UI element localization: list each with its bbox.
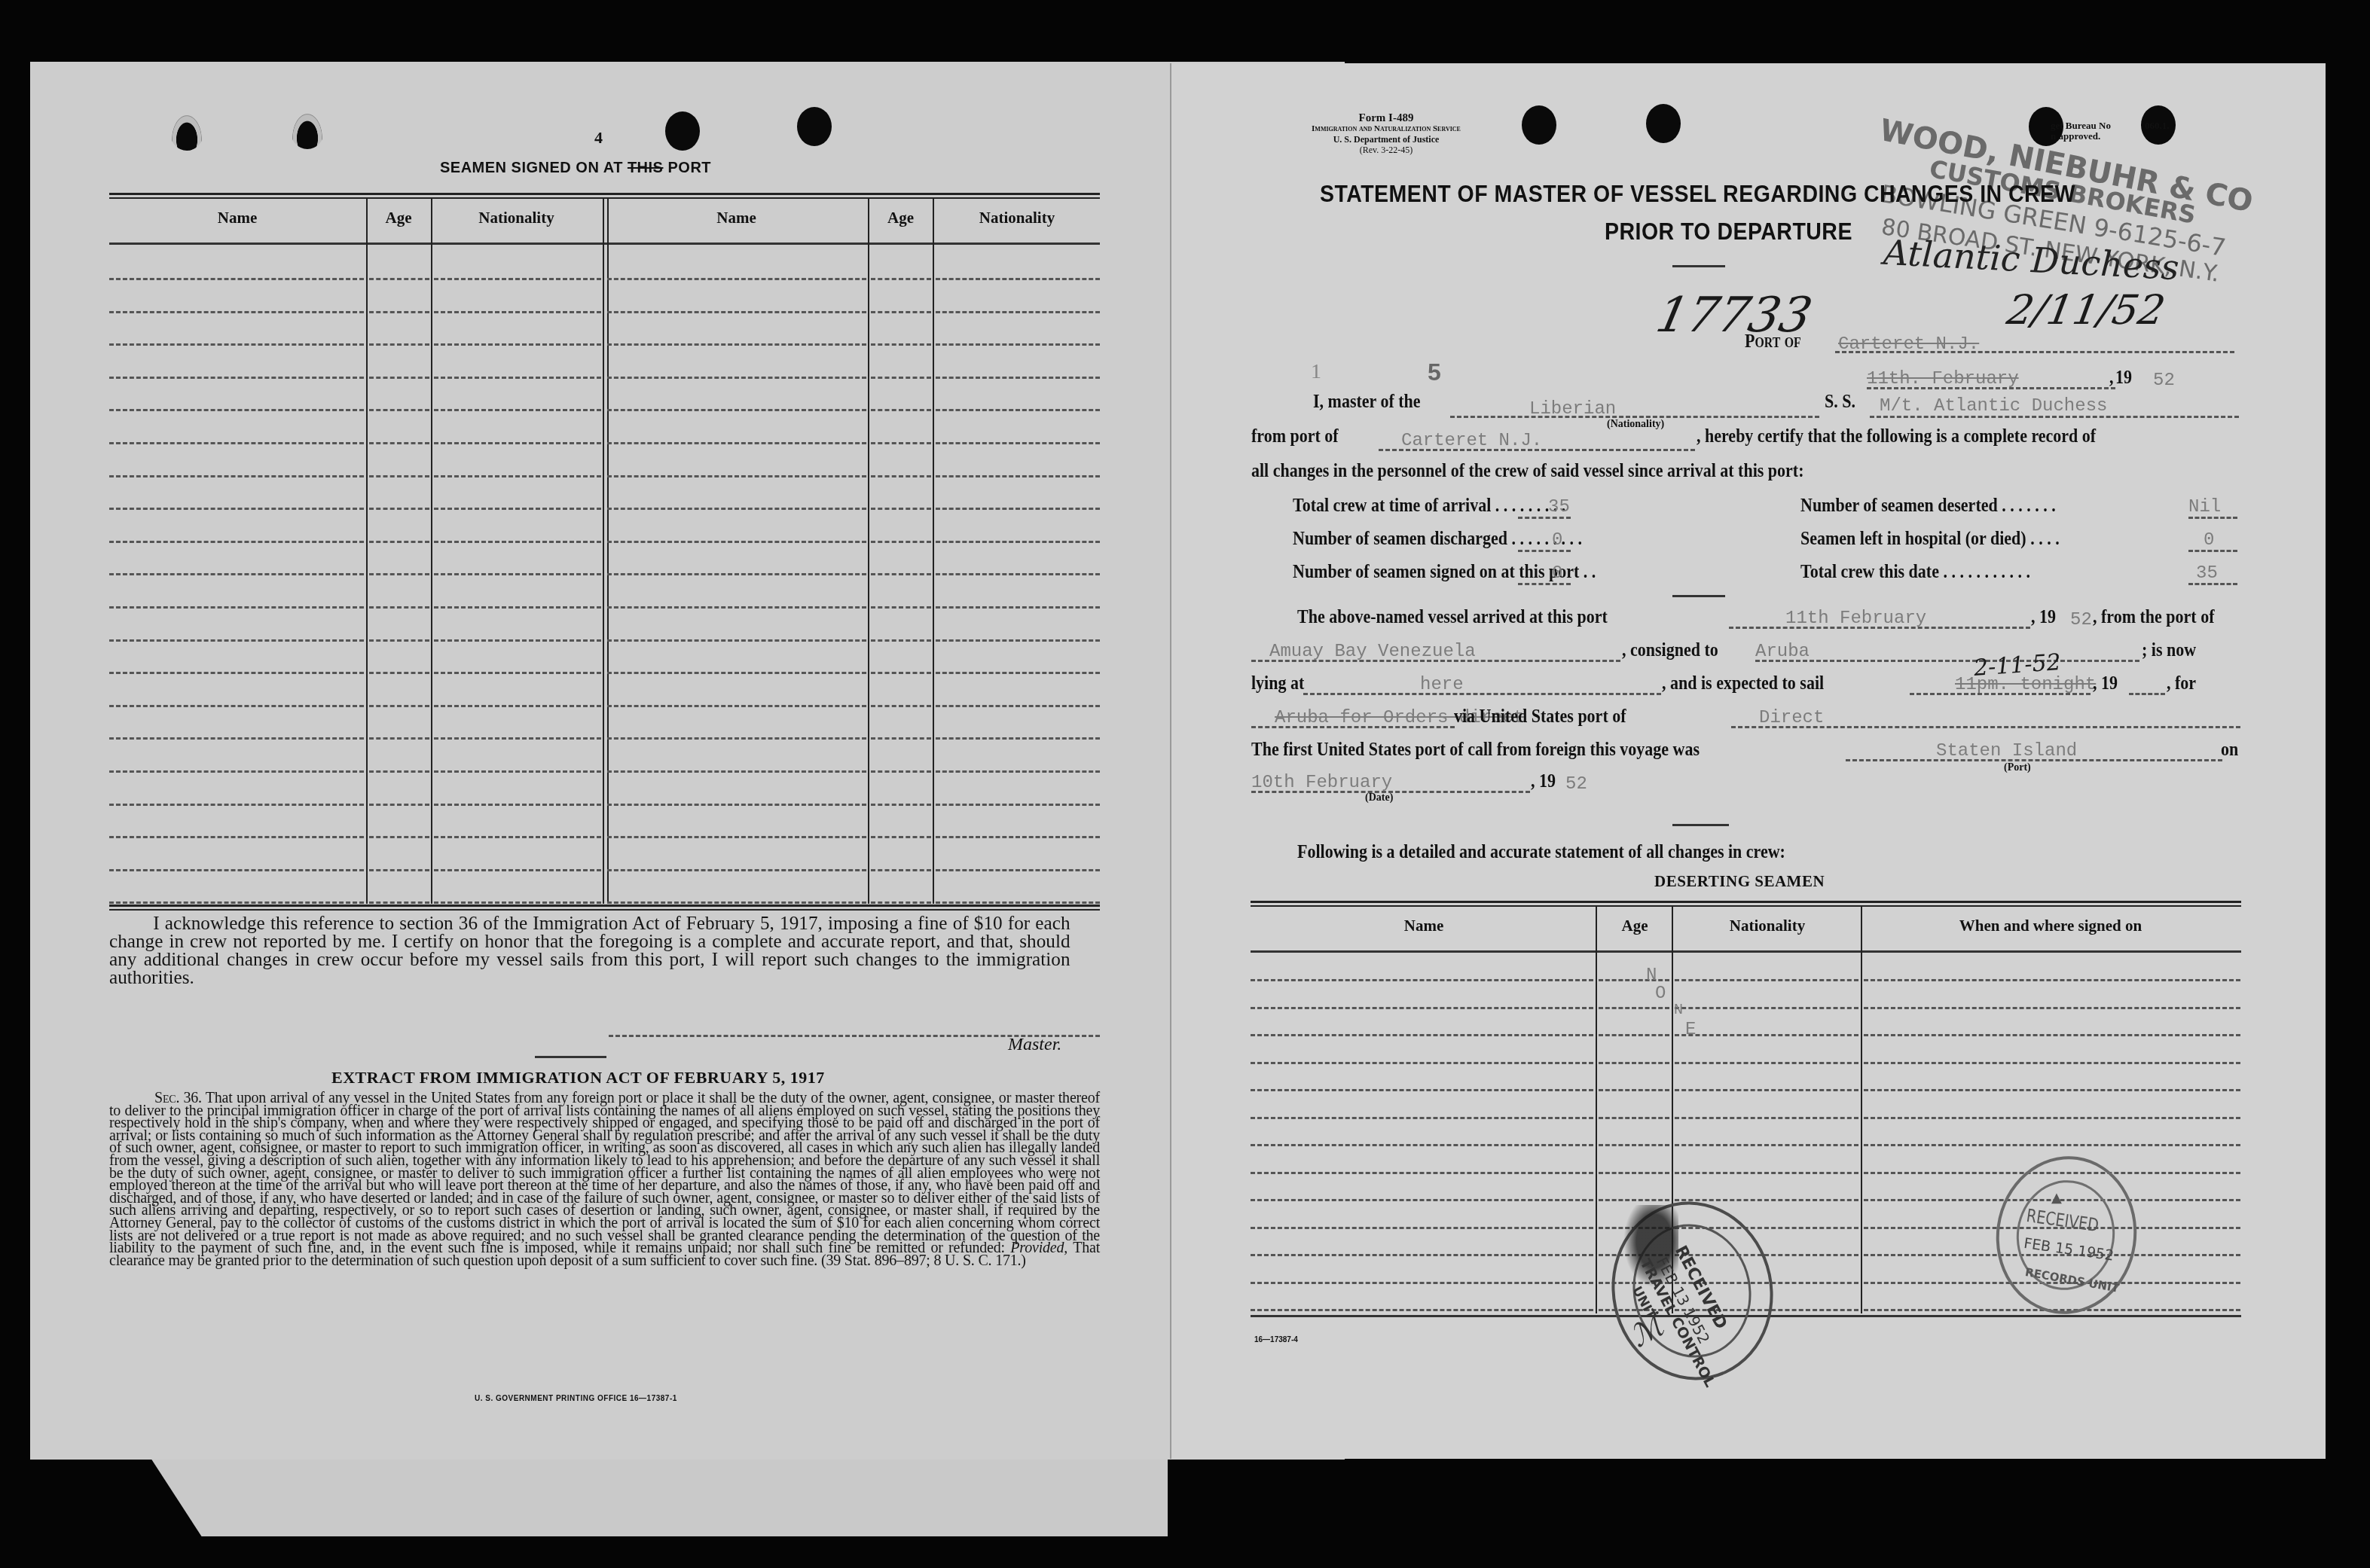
deserting-row-line[interactable] xyxy=(1675,1199,1858,1201)
table-row-line[interactable] xyxy=(936,705,1100,707)
table-row-line[interactable] xyxy=(109,541,364,543)
table-row-line[interactable] xyxy=(109,409,364,411)
table-row-line[interactable] xyxy=(871,442,931,444)
handwritten-five: 5 xyxy=(1428,358,1441,386)
seamen-signed-on-title: SEAMEN SIGNED ON AT THIS PORT xyxy=(440,160,711,177)
table-row-line[interactable] xyxy=(936,901,1100,904)
table-row-line[interactable] xyxy=(871,737,931,740)
table-row-line[interactable] xyxy=(369,705,429,707)
table-row-line[interactable] xyxy=(434,311,601,313)
deserting-row-line[interactable] xyxy=(1675,1117,1858,1119)
arrived-year[interactable]: 52 xyxy=(2070,610,2092,630)
deserting-row-line[interactable] xyxy=(1599,1034,1669,1036)
col-header-name: Name xyxy=(109,209,365,227)
table-row-line[interactable] xyxy=(434,508,601,510)
vessel-name[interactable]: M/t. Atlantic Duchess xyxy=(1880,396,2107,416)
table-row-line[interactable] xyxy=(109,639,364,642)
table-row-line[interactable] xyxy=(109,475,364,477)
arrived-date[interactable]: 11th February xyxy=(1785,609,1926,629)
certify-text-2: all changes in the personnel of the crew… xyxy=(1251,461,1803,482)
stat-label: Total crew this date . . . . . . . . . .… xyxy=(1800,562,2030,583)
table-row-line[interactable] xyxy=(434,804,601,806)
table-row-line[interactable] xyxy=(369,606,429,609)
table-row-line[interactable] xyxy=(109,278,364,280)
deserting-row-line[interactable] xyxy=(1251,1034,1593,1036)
table-row-line[interactable] xyxy=(109,343,364,346)
lying-value[interactable]: here xyxy=(1420,675,1464,695)
deserting-col-name: Name xyxy=(1251,917,1597,935)
from-port-label: from port of xyxy=(1251,426,1339,447)
deserting-title: DESERTING SEAMEN xyxy=(1654,872,1825,891)
date-year-prefix: 19 xyxy=(2115,368,2132,389)
col-divider-double xyxy=(603,197,609,904)
first-port-label: The first United States port of call fro… xyxy=(1251,740,1700,761)
table-row-line[interactable] xyxy=(607,737,866,740)
acknowledgment-body: I acknowledge this reference to section … xyxy=(109,914,1070,987)
none-letter-o: O xyxy=(1655,984,1666,1004)
deserting-row-line[interactable] xyxy=(1251,1309,1593,1311)
table-row-line[interactable] xyxy=(871,672,931,674)
deserting-row-line[interactable] xyxy=(1251,979,1593,981)
table-row-line[interactable] xyxy=(871,475,931,477)
table-row-line[interactable] xyxy=(607,705,866,707)
table-row-line[interactable] xyxy=(369,737,429,740)
sail-value[interactable]: 11pm. tonight xyxy=(1955,675,2096,695)
col-header-name-2: Name xyxy=(606,209,866,227)
extract-title: EXTRACT FROM IMMIGRATION ACT OF FEBRUARY… xyxy=(331,1068,825,1088)
table-row-line[interactable] xyxy=(109,606,364,609)
deserting-row-line[interactable] xyxy=(1599,1007,1669,1009)
table-row-line[interactable] xyxy=(369,869,429,871)
table-row-line[interactable] xyxy=(607,343,866,346)
stat-label: Number of seamen signed on at this port … xyxy=(1293,562,1596,583)
table-row-line[interactable] xyxy=(369,804,429,806)
table-row-line[interactable] xyxy=(369,770,429,773)
table-row-line[interactable] xyxy=(871,705,931,707)
certify-text: , hereby certify that the following is a… xyxy=(1697,426,2096,447)
deserting-row-line[interactable] xyxy=(1599,1117,1669,1119)
deserting-row-line[interactable] xyxy=(1599,979,1669,981)
table-row-line[interactable] xyxy=(936,606,1100,609)
date-caption: (Date) xyxy=(1365,792,1393,804)
table-row-line[interactable] xyxy=(936,573,1100,575)
acknowledgment-text: I acknowledge this reference to section … xyxy=(109,914,1070,987)
from-port-of-label: , from the port of xyxy=(2093,607,2215,628)
table-row-line[interactable] xyxy=(434,737,601,740)
form-department: U. S. Department of Justice xyxy=(1251,134,1522,145)
deserting-row-line[interactable] xyxy=(1864,1034,2240,1036)
approval-text: n approved. xyxy=(2051,130,2100,142)
following-text: Following is a detailed and accurate sta… xyxy=(1297,842,1785,863)
handwritten-mark: 1 xyxy=(1311,360,1321,384)
col-divider xyxy=(933,197,934,904)
punch-hole xyxy=(1522,105,1556,145)
table-row-line[interactable] xyxy=(109,672,364,674)
table-row-line[interactable] xyxy=(369,475,429,477)
table-row-line[interactable] xyxy=(607,311,866,313)
col-divider xyxy=(366,197,368,904)
master-of-label: I, master of the xyxy=(1313,392,1421,413)
table-row-line[interactable] xyxy=(936,541,1100,543)
table-row-line[interactable] xyxy=(607,606,866,609)
table-row-line[interactable] xyxy=(871,278,931,280)
table-row-line[interactable] xyxy=(369,442,429,444)
deserting-header-rule xyxy=(1251,950,2241,953)
stat-label: Total crew at time of arrival . . . . . … xyxy=(1293,496,1565,517)
form-subtitle: PRIOR TO DEPARTURE xyxy=(1605,218,1852,246)
stat-value[interactable]: 0 xyxy=(1552,563,1562,584)
deserting-row-line[interactable] xyxy=(1599,1144,1669,1146)
sail-year-label: , 19 xyxy=(2093,673,2118,694)
table-row-line[interactable] xyxy=(434,573,601,575)
table-row-line[interactable] xyxy=(607,377,866,379)
table-row-line[interactable] xyxy=(369,541,429,543)
date-line xyxy=(1867,387,2115,389)
consignee[interactable]: Aruba xyxy=(1755,642,1810,662)
col-header-nationality-2: Nationality xyxy=(934,209,1100,227)
table-row-line[interactable] xyxy=(434,278,601,280)
table-row-line[interactable] xyxy=(936,804,1100,806)
consigned-label: , consigned to xyxy=(1622,640,1718,661)
budget-bureau: get Bureau No060.1. n approved. xyxy=(2051,120,2169,142)
stat-value[interactable]: Nil xyxy=(2188,497,2221,517)
printer-line-left: U. S. GOVERNMENT PRINTING OFFICE 16—1738… xyxy=(475,1395,677,1403)
form-number: Form I-489 xyxy=(1251,113,1522,124)
table-row-line[interactable] xyxy=(109,737,364,740)
deserting-row-line[interactable] xyxy=(1251,1282,1593,1284)
budget-bureau-suffix: 060.1. xyxy=(2145,120,2170,131)
deserting-row-line[interactable] xyxy=(1675,1089,1858,1091)
on-label: on xyxy=(2221,740,2238,761)
table-row-line[interactable] xyxy=(936,672,1100,674)
port-of-value[interactable]: Carteret N.J. xyxy=(1838,334,1979,355)
table-row-line[interactable] xyxy=(434,705,601,707)
table-row-line[interactable] xyxy=(434,541,601,543)
col-divider xyxy=(868,197,869,904)
deserting-row-line[interactable] xyxy=(1251,1254,1593,1256)
deserting-col-age: Age xyxy=(1597,917,1672,935)
stat-value[interactable]: 0 xyxy=(1552,530,1562,551)
first-port-date[interactable]: 10th February xyxy=(1251,773,1392,793)
nationality-value[interactable]: Liberian xyxy=(1529,399,1616,419)
table-row-line[interactable] xyxy=(369,311,429,313)
table-row-line[interactable] xyxy=(369,278,429,280)
separator-rule xyxy=(1672,595,1725,597)
table-row-line[interactable] xyxy=(434,377,601,379)
deserting-row-line[interactable] xyxy=(1251,1172,1593,1174)
page-number: 4 xyxy=(594,128,603,148)
table-row-line[interactable] xyxy=(871,573,931,575)
printer-line-right: 16—17387-4 xyxy=(1254,1336,1298,1344)
stat-value[interactable]: 35 xyxy=(2196,563,2218,584)
table-row-line[interactable] xyxy=(369,409,429,411)
deserting-col-nationality: Nationality xyxy=(1674,917,1861,935)
table-row-line[interactable] xyxy=(871,606,931,609)
col-header-nationality: Nationality xyxy=(432,209,601,227)
table-row-line[interactable] xyxy=(109,705,364,707)
table-bottom-rule xyxy=(109,904,1100,911)
table-row-line[interactable] xyxy=(109,377,364,379)
col-divider xyxy=(1596,907,1597,1313)
table-row-line[interactable] xyxy=(871,869,931,871)
consignee-line xyxy=(1755,660,2139,662)
table-row-line[interactable] xyxy=(369,639,429,642)
punch-hole xyxy=(290,110,325,149)
deserting-row-line[interactable] xyxy=(1675,1034,1858,1036)
table-row-line[interactable] xyxy=(369,343,429,346)
deserting-row-line[interactable] xyxy=(1599,1089,1669,1091)
table-row-line[interactable] xyxy=(871,804,931,806)
stat-value[interactable]: 35 xyxy=(1548,497,1570,517)
sail-year-line xyxy=(2129,693,2165,695)
table-row-line[interactable] xyxy=(607,901,866,904)
table-row-line[interactable] xyxy=(936,377,1100,379)
deserting-row-line[interactable] xyxy=(1864,1117,2240,1119)
table-row-line[interactable] xyxy=(109,869,364,871)
table-row-line[interactable] xyxy=(936,508,1100,510)
deserting-row-line[interactable] xyxy=(1251,1089,1593,1091)
table-row-line[interactable] xyxy=(871,311,931,313)
table-row-line[interactable] xyxy=(434,442,601,444)
table-row-line[interactable] xyxy=(607,672,866,674)
table-row-line[interactable] xyxy=(109,836,364,838)
stat-line xyxy=(1518,550,1571,552)
deserting-row-line[interactable] xyxy=(1864,1007,2240,1009)
table-row-line[interactable] xyxy=(607,442,866,444)
table-row-line[interactable] xyxy=(871,901,931,904)
stat-label: Number of seamen deserted . . . . . . . xyxy=(1800,496,2056,517)
deserting-row-line[interactable] xyxy=(1675,1144,1858,1146)
punch-hole xyxy=(797,107,832,146)
form-title: STATEMENT OF MASTER OF VESSEL REGARDING … xyxy=(1320,181,2075,208)
deserting-top-rule xyxy=(1251,901,2241,907)
table-row-line[interactable] xyxy=(936,836,1100,838)
from-port-value[interactable]: Carteret N.J. xyxy=(1401,431,1542,451)
table-row-line[interactable] xyxy=(109,442,364,444)
table-row-line[interactable] xyxy=(936,311,1100,313)
table-row-line[interactable] xyxy=(871,836,931,838)
deserting-row-line[interactable] xyxy=(1599,1172,1669,1174)
deserting-col-signed-on: When and where signed on xyxy=(1862,917,2239,935)
table-row-line[interactable] xyxy=(434,606,601,609)
title-part: SEAMEN SIGNED ON AT xyxy=(440,160,628,176)
comma: , xyxy=(2109,368,2114,389)
deserting-row-line[interactable] xyxy=(1251,1144,1593,1146)
deserting-row-line[interactable] xyxy=(1675,1172,1858,1174)
is-now-label: ; is now xyxy=(2142,640,2196,661)
lying-label: lying at xyxy=(1251,673,1304,694)
date-year-value[interactable]: 52 xyxy=(2153,371,2175,391)
table-row-line[interactable] xyxy=(109,573,364,575)
table-row-line[interactable] xyxy=(871,639,931,642)
table-row-line[interactable] xyxy=(936,639,1100,642)
date-value[interactable]: 11th. February xyxy=(1867,369,2019,389)
table-row-line[interactable] xyxy=(936,869,1100,871)
nationality-caption: (Nationality) xyxy=(1607,419,1664,431)
table-row-line[interactable] xyxy=(109,804,364,806)
deserting-row-line[interactable] xyxy=(1251,1117,1593,1119)
table-row-line[interactable] xyxy=(871,377,931,379)
first-port-value[interactable]: Staten Island xyxy=(1936,741,2077,761)
stamp-arrow-icon: ▲ xyxy=(2051,1190,2062,1206)
table-row-line[interactable] xyxy=(936,442,1100,444)
table-row-line[interactable] xyxy=(434,639,601,642)
from-port-line xyxy=(1379,449,1695,451)
expected-label: , and is expected to sail xyxy=(1662,673,1824,694)
col-header-age-2: Age xyxy=(869,209,933,227)
table-row-line[interactable] xyxy=(607,573,866,575)
table-row-line[interactable] xyxy=(936,475,1100,477)
stat-label: Number of seamen discharged . . . . . . … xyxy=(1293,529,1582,550)
form-header: Form I-489 Immigration and Naturalizatio… xyxy=(1251,113,1522,155)
port-of-label: Port of xyxy=(1745,331,1801,352)
extract-body-1: That upon arrival of any vessel in the U… xyxy=(109,1090,1100,1256)
none-letter-e: E xyxy=(1685,1020,1696,1040)
title-part: PORT xyxy=(663,160,711,176)
col-header-age: Age xyxy=(368,209,429,227)
deserting-row-line[interactable] xyxy=(1864,979,2240,981)
table-row-line[interactable] xyxy=(936,343,1100,346)
table-row-line[interactable] xyxy=(607,475,866,477)
table-row-line[interactable] xyxy=(369,672,429,674)
handwritten-date: 2/11/52 xyxy=(2003,286,2168,334)
budget-bureau-text: get Bureau No xyxy=(2051,120,2111,131)
via-label: via United States port of xyxy=(1454,706,1626,728)
table-row-line[interactable] xyxy=(109,770,364,773)
form-agency: Immigration and Naturalization Service xyxy=(1251,124,1522,134)
for-label: , for xyxy=(2167,673,2196,694)
table-row-line[interactable] xyxy=(434,869,601,871)
table-row-line[interactable] xyxy=(434,836,601,838)
arrived-label: The above-named vessel arrived at this p… xyxy=(1297,607,1608,628)
separator-rule xyxy=(535,1056,606,1058)
year-prefix: 19 xyxy=(2115,368,2132,388)
table-row-line[interactable] xyxy=(369,573,429,575)
deserting-row-line[interactable] xyxy=(1864,1062,2240,1064)
table-row-line[interactable] xyxy=(936,770,1100,773)
back-sheet-edge xyxy=(151,1458,1168,1536)
table-row-line[interactable] xyxy=(369,377,429,379)
table-row-line[interactable] xyxy=(607,836,866,838)
separator-rule xyxy=(1672,824,1729,826)
deserting-row-line[interactable] xyxy=(1251,1062,1593,1064)
table-row-line[interactable] xyxy=(369,508,429,510)
table-row-line[interactable] xyxy=(607,409,866,411)
port-caption: (Port) xyxy=(2004,762,2031,774)
stat-label: Seamen left in hospital (or died) . . . … xyxy=(1800,529,2060,550)
title-strike: THIS xyxy=(628,160,664,176)
table-row-line[interactable] xyxy=(871,508,931,510)
table-row-line[interactable] xyxy=(434,770,601,773)
table-row-line[interactable] xyxy=(607,278,866,280)
deserting-row-line[interactable] xyxy=(1675,1062,1858,1064)
table-row-line[interactable] xyxy=(109,901,364,904)
table-row-line[interactable] xyxy=(936,409,1100,411)
deserting-row-line[interactable] xyxy=(1864,1089,2240,1091)
table-row-line[interactable] xyxy=(434,901,601,904)
lying-line xyxy=(1303,693,1661,695)
vessel-line xyxy=(1870,416,2239,418)
deserting-row-line[interactable] xyxy=(1864,1144,2240,1146)
table-row-line[interactable] xyxy=(936,278,1100,280)
table-row-line[interactable] xyxy=(434,409,601,411)
arrived-year-label: , 19 xyxy=(2031,607,2056,628)
stat-value[interactable]: 0 xyxy=(2204,530,2214,551)
master-label: Master. xyxy=(1008,1035,1061,1055)
table-row-line[interactable] xyxy=(109,311,364,313)
punch-hole xyxy=(1646,104,1681,143)
punch-hole xyxy=(665,111,700,151)
col-divider xyxy=(431,197,432,904)
deserting-row-line[interactable] xyxy=(1675,979,1858,981)
deserting-row-line[interactable] xyxy=(1251,1007,1593,1009)
table-row-line[interactable] xyxy=(434,475,601,477)
nationality-line xyxy=(1450,416,1819,418)
table-row-line[interactable] xyxy=(109,508,364,510)
table-row-line[interactable] xyxy=(369,836,429,838)
first-port-year[interactable]: 52 xyxy=(1565,774,1587,795)
deserting-row-line[interactable] xyxy=(1251,1199,1593,1201)
none-letter-n: N xyxy=(1646,966,1657,986)
table-row-line[interactable] xyxy=(607,804,866,806)
table-row-line[interactable] xyxy=(871,541,931,543)
table-row-line[interactable] xyxy=(871,409,931,411)
table-row-line[interactable] xyxy=(607,639,866,642)
deserting-row-line[interactable] xyxy=(1251,1227,1593,1229)
first-port-year-label: , 19 xyxy=(1531,771,1556,792)
stat-line xyxy=(1518,583,1571,585)
table-row-line[interactable] xyxy=(434,343,601,346)
table-row-line[interactable] xyxy=(871,770,931,773)
table-row-line[interactable] xyxy=(871,343,931,346)
table-row-line[interactable] xyxy=(607,869,866,871)
via-value[interactable]: Direct xyxy=(1759,708,1824,728)
form-revision: (Rev. 3-22-45) xyxy=(1251,145,1522,155)
table-row-line[interactable] xyxy=(607,541,866,543)
table-row-line[interactable] xyxy=(607,770,866,773)
col-divider xyxy=(1861,907,1862,1313)
deserting-row-line[interactable] xyxy=(1599,1199,1669,1201)
table-row-line[interactable] xyxy=(607,508,866,510)
none-letter-n2: N xyxy=(1674,1002,1683,1019)
deserting-row-line[interactable] xyxy=(1599,1062,1669,1064)
separator-rule xyxy=(1672,265,1725,267)
origin-port[interactable]: Amuay Bay Venezuela xyxy=(1269,642,1476,662)
extract-text: Sec. 36. That upon arrival of any vessel… xyxy=(109,1092,1100,1267)
punch-hole xyxy=(170,111,204,151)
table-row-line[interactable] xyxy=(369,901,429,904)
table-row-line[interactable] xyxy=(936,737,1100,740)
table-row-line[interactable] xyxy=(434,672,601,674)
deserting-row-line[interactable] xyxy=(1675,1007,1858,1009)
ss-label: S. S. xyxy=(1825,392,1855,413)
